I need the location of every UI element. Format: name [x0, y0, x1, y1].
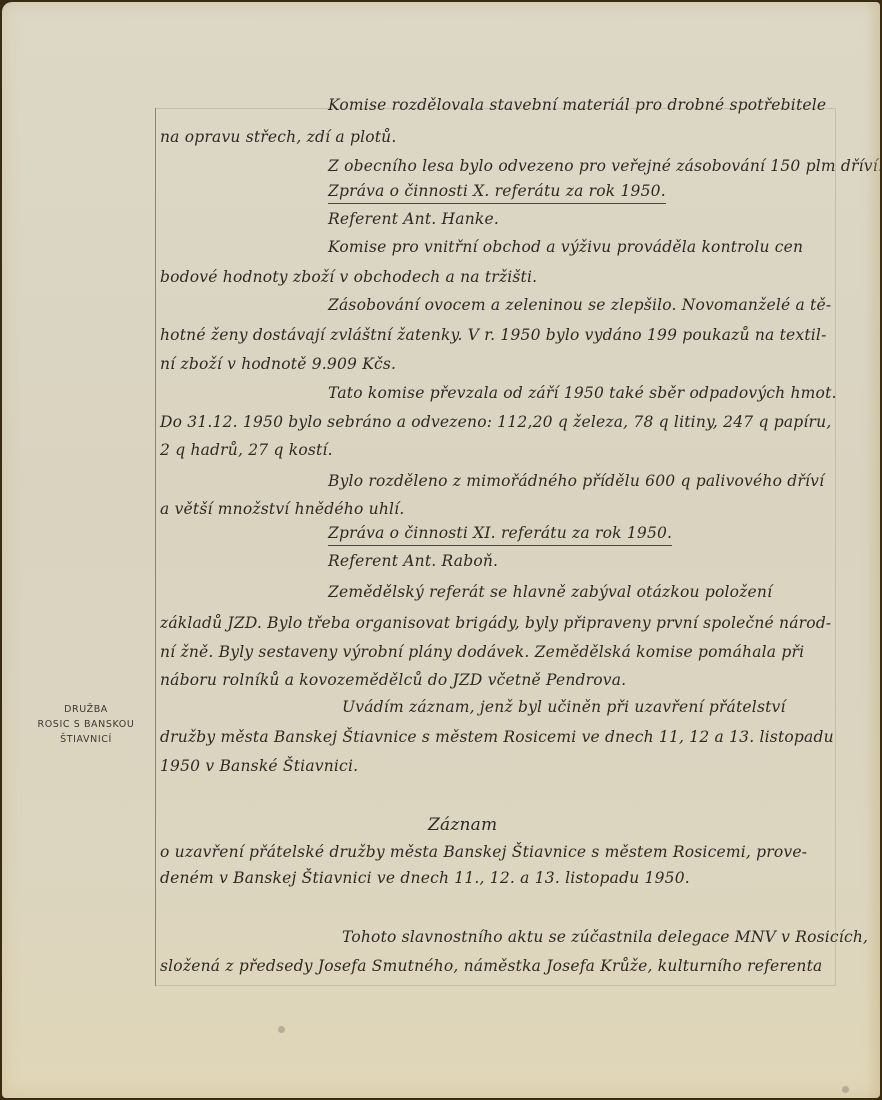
text-line: Komise pro vnitřní obchod a výživu prová…: [328, 240, 803, 256]
text-line: náboru rolníků a kovozemědělců do JZD vč…: [160, 673, 626, 689]
referent-line: Referent Ant. Hanke.: [328, 212, 499, 228]
record-title: Záznam: [428, 817, 497, 834]
text-line: družby města Banskej Štiavnice s městem …: [160, 730, 834, 746]
text-line: 1950 v Banské Štiavnici.: [160, 759, 358, 775]
text-line: Z obecního lesa bylo odvezeno pro veřejn…: [328, 159, 882, 175]
text-line: složená z předsedy Josefa Smutného, námě…: [160, 959, 822, 975]
text-line: Bylo rozděleno z mimořádného přídělu 600…: [328, 474, 824, 490]
margin-note-line-2: Rosic s Banskou Štiavnicí: [16, 717, 156, 747]
text-line: Komise rozdělovala stavební materiál pro…: [328, 98, 826, 114]
text-line: na opravu střech, zdí a plotů.: [160, 130, 397, 146]
paper-spot: [842, 1086, 849, 1093]
text-line: 2 q hadrů, 27 q kostí.: [160, 443, 333, 459]
text-line: Zemědělský referát se hlavně zabýval otá…: [328, 585, 772, 601]
referent-line: Referent Ant. Raboň.: [328, 554, 498, 570]
text-line: a větší množství hnědého uhlí.: [160, 502, 404, 518]
text-line: Do 31.12. 1950 bylo sebráno a odvezeno: …: [160, 415, 831, 431]
paper-spot: [278, 1026, 285, 1033]
section-heading-xi: Zpráva o činnosti XI. referátu za rok 19…: [328, 526, 672, 546]
right-rule-line: [835, 108, 836, 986]
text-line: Tato komise převzala od září 1950 také s…: [328, 386, 837, 402]
text-line: o uzavření přátelské družby města Banske…: [160, 845, 807, 861]
margin-note-line-1: Družba: [16, 702, 156, 717]
text-line: Tohoto slavnostního aktu se zúčastnila d…: [342, 930, 868, 946]
text-line: základů JZD. Bylo třeba organisovat brig…: [160, 616, 831, 632]
text-line: Zásobování ovocem a zeleninou se zlepšil…: [328, 298, 831, 314]
bottom-rule-line: [156, 985, 836, 986]
text-line: ní žně. Byly sestaveny výrobní plány dod…: [160, 645, 804, 661]
text-line: ní zboží v hodnotě 9.909 Kčs.: [160, 357, 396, 373]
document-page: Družba Rosic s Banskou Štiavnicí Komise …: [2, 2, 880, 1098]
text-line: deném v Banskej Štiavnici ve dnech 11., …: [160, 871, 690, 887]
section-heading-x: Zpráva o činnosti X. referátu za rok 195…: [328, 184, 666, 204]
margin-note: Družba Rosic s Banskou Štiavnicí: [16, 702, 156, 747]
text-line: bodové hodnoty zboží v obchodech a na tr…: [160, 270, 537, 286]
text-line: hotné ženy dostávají zvláštní žatenky. V…: [160, 328, 827, 344]
text-line: Uvádím záznam, jenž byl učiněn při uzavř…: [342, 700, 786, 716]
